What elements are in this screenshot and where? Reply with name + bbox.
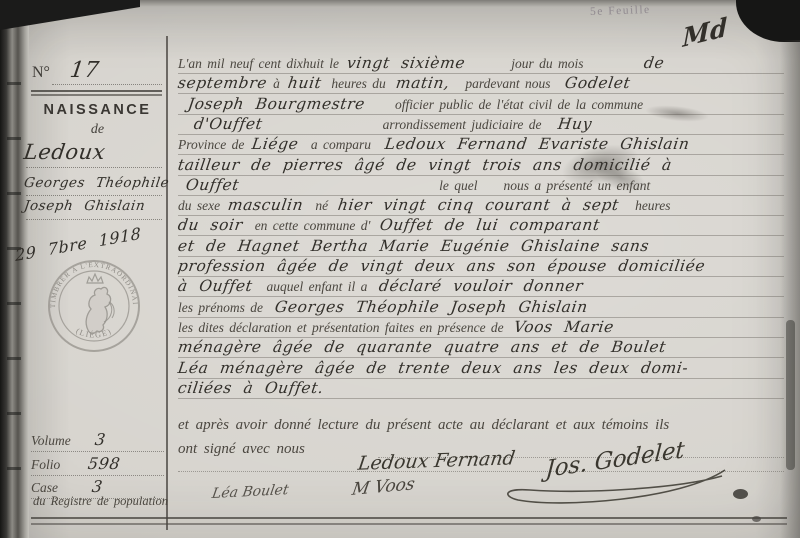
printed-form-text: les dites déclaration et présentation fa… (178, 320, 504, 335)
record-type-of-label: de (30, 122, 165, 138)
handwritten-text: Voos Marie (512, 317, 615, 337)
margin-name-underline (26, 195, 162, 196)
printed-form-text: les prénoms de (178, 300, 263, 315)
handwritten-text: Godelet (563, 73, 631, 93)
handwritten-text: hier vingt cinq courant à sept (337, 195, 621, 215)
printed-form-text: L'an mil neuf cent dixhuit le (178, 56, 339, 71)
handwritten-text: Léa ménagère âgée de trente deux ans les… (177, 358, 690, 378)
act-line: L'an mil neuf cent dixhuit levingt sixiè… (178, 53, 784, 74)
act-number-row: N° 17 (32, 58, 162, 84)
handwritten-text: profession âgée de vingt deux ans son ép… (177, 256, 707, 276)
act-line: ciliées à Ouffet. (178, 378, 784, 399)
handwritten-text: matin, (394, 73, 450, 93)
printed-form-text: jour du mois (511, 56, 583, 71)
handwritten-text: Georges Théophile Joseph Ghislain (274, 297, 590, 317)
printed-form-text: le quel (439, 178, 477, 193)
volume-label: Volume (31, 433, 71, 448)
handwritten-text: du soir (177, 215, 244, 235)
margin-rule (31, 90, 162, 92)
act-line: Province deLiégea comparuLedoux Fernand … (178, 134, 784, 155)
crowned-lion-stamp-icon: A TIMBRER A L'EXTRAORDINAIRE (LIÉGE) (46, 258, 142, 354)
adjacent-page-ruling (7, 30, 21, 510)
handwritten-text: ménagère âgée de quarante quatre ans et … (177, 337, 668, 357)
margin-divider-line (166, 36, 168, 530)
act-number-value: 17 (68, 58, 101, 83)
folio-row: Folio 598 (31, 454, 164, 476)
stamp-crown (87, 274, 103, 283)
printed-form-text: en cette commune d' (255, 218, 371, 233)
printed-form-text: né (315, 198, 328, 213)
margin-name-underline (26, 167, 162, 168)
act-number-label: N° (32, 64, 50, 81)
margin-name-underline (26, 219, 162, 220)
act-line: du soiren cette commune d'Ouffet de lui … (178, 215, 784, 236)
handwritten-text: ciliées à Ouffet. (177, 378, 325, 398)
handwritten-text: septembre (177, 73, 269, 93)
handwritten-text: Huy (556, 114, 593, 134)
page-right-edge-shadow (786, 320, 795, 470)
act-line: tailleur de pierres âgé de vingt trois a… (178, 155, 784, 176)
handwritten-text: déclaré vouloir donner (378, 276, 585, 296)
printed-form-text: du sexe (178, 198, 220, 213)
printed-form-text: auquel enfant il a (267, 279, 368, 294)
volume-row: Volume 3 (31, 430, 164, 452)
act-line: les prénoms deGeorges Théophile Joseph G… (178, 297, 784, 318)
act-line: profession âgée de vingt deux ans son ép… (178, 256, 784, 277)
handwritten-text: vingt sixième (346, 53, 467, 73)
handwritten-text: à Ouffet (177, 276, 254, 296)
handwritten-text: huit (286, 73, 322, 93)
handwritten-text: Ouffet de lui comparant (379, 215, 602, 235)
handwritten-text: d'Ouffet (193, 114, 264, 134)
case-label: Case (31, 480, 58, 495)
printed-form-text: a comparu (311, 137, 371, 152)
register-label: du Registre de population (33, 494, 168, 509)
officer-signature-flourish (500, 462, 730, 512)
child-firstnames-line1: Georges Théophile (23, 175, 165, 191)
margin-rule (31, 94, 162, 96)
printed-form-text: à (273, 76, 280, 91)
printed-form-text: heures du (331, 76, 385, 91)
folio-label: Folio (31, 457, 60, 472)
handwritten-text: masculin (227, 195, 305, 215)
ink-blot (733, 489, 748, 499)
register-page-scan: 5e Feuille Md N° 17 NAISSANCE de Ledoux … (0, 0, 800, 538)
printed-form-text: officier public de l'état civil de la co… (395, 97, 643, 112)
printed-form-text: pardevant nous (465, 76, 550, 91)
child-surname: Ledoux (22, 140, 165, 164)
act-line: Léa ménagère âgée de trente deux ans les… (178, 358, 784, 379)
folio-value: 598 (87, 454, 122, 473)
record-type-title: NAISSANCE (30, 102, 165, 118)
act-line: à Ouffetauquel enfant il adéclaré vouloi… (178, 276, 784, 297)
act-number-underline (52, 84, 162, 85)
act-line: et de Hagnet Bertha Marie Eugénie Ghisla… (178, 236, 784, 257)
act-line: septembreàhuitheures dumatin,pardevant n… (178, 73, 784, 94)
handwritten-text: Ouffet (185, 175, 241, 195)
act-line: les dites déclaration et présentation fa… (178, 317, 784, 338)
sheet-number-stamp: 5e Feuille (590, 4, 651, 18)
act-line: Ouffetle quelnous a présenté un enfant (178, 175, 784, 196)
act-line: ménagère âgée de quarante quatre ans et … (178, 337, 784, 358)
act-line: du sexemasculinnéhier vingt cinq courant… (178, 195, 784, 216)
handwritten-text: Liége (251, 134, 300, 154)
printed-form-text: Province de (178, 137, 244, 152)
stamp-lion-body (86, 287, 111, 333)
printed-form-text: arrondissement judiciaire de (383, 117, 542, 132)
child-firstnames-line2: Joseph Ghislain (23, 198, 165, 214)
bottom-rule (31, 517, 787, 519)
handwritten-text: et de Hagnet Bertha Marie Eugénie Ghisla… (177, 236, 651, 256)
handwritten-text: de (642, 53, 665, 73)
volume-value: 3 (93, 430, 106, 449)
closing-formula-line2: ont signé avec nous (178, 441, 305, 458)
closing-formula-line1: et après avoir donné lecture du présent … (178, 417, 784, 434)
handwritten-text: Joseph Bourgmestre (187, 94, 367, 114)
bottom-rule (31, 523, 787, 525)
printed-form-text: heures (635, 198, 671, 213)
